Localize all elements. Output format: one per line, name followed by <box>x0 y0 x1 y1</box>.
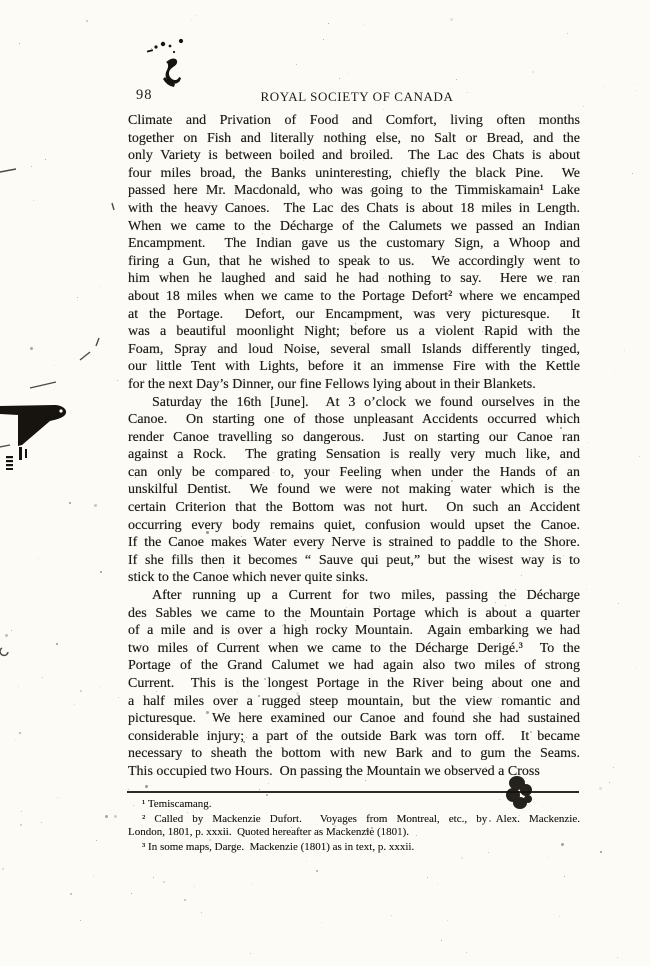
speck <box>56 643 58 645</box>
text-line: passed here Mr. Macdonald, who was going… <box>128 182 580 200</box>
ink-wedge-icon <box>0 405 66 470</box>
text-line: for the next Day’s Dinner, our fine Fell… <box>128 376 580 394</box>
speck <box>427 877 428 878</box>
speck <box>86 20 88 22</box>
footnote: ³ In some maps, Darge. Mackenzie (1801) … <box>128 841 580 854</box>
speck <box>18 686 19 687</box>
speck <box>383 109 384 110</box>
scanned-page: 98 ROYAL SOCIETY OF CANADA Climate and P… <box>0 0 650 966</box>
speck <box>600 851 602 853</box>
speck <box>635 668 636 669</box>
footnote-rule <box>127 791 579 793</box>
speck <box>94 504 97 507</box>
speck <box>96 840 97 841</box>
speck <box>41 822 42 823</box>
speck <box>614 373 615 374</box>
speck <box>150 785 151 786</box>
speck <box>11 630 12 631</box>
footnote: ² Called by Mackenzie Dufort. Voyages fr… <box>128 813 580 839</box>
footnote-line: ¹ Temiscamang. <box>128 798 580 811</box>
speck <box>114 815 117 818</box>
paragraph: Climate and Privation of Food and Comfor… <box>128 112 580 394</box>
footnote-line: London, 1801, p. xxxii. Quoted hereafter… <box>128 826 580 839</box>
speck <box>467 92 468 93</box>
text-line: render Canoe travelling so dangerous. Ju… <box>128 429 580 447</box>
text-line: about 18 miles when we came to the Porta… <box>128 288 580 306</box>
speck <box>613 767 614 768</box>
speck <box>268 783 269 784</box>
ink-scribble-icon <box>147 39 183 87</box>
speck <box>466 952 467 953</box>
paragraph: Saturday the 16th [June]. At 3 o’clock w… <box>128 394 580 588</box>
speck <box>266 794 268 796</box>
text-line: with the heavy Canoes. The Lac des Chats… <box>128 200 580 218</box>
speck <box>57 797 58 798</box>
speck <box>450 18 453 21</box>
speck <box>583 106 584 107</box>
text-line: Climate and Privation of Food and Comfor… <box>128 112 580 130</box>
speck <box>194 886 195 887</box>
speck <box>634 84 635 85</box>
speck <box>599 787 602 790</box>
speck <box>100 286 101 287</box>
page-title: ROYAL SOCIETY OF CANADA <box>260 89 453 105</box>
text-line: our little Tent with Lights, before it a… <box>128 358 580 376</box>
text-line: can only be compared to, your Feeling wh… <box>128 464 580 482</box>
text-line: Current. This is the longest Portage in … <box>128 675 580 693</box>
text-line: If the Canoe makes Water every Nerve is … <box>128 534 580 552</box>
speck <box>138 876 139 877</box>
speck <box>624 350 625 351</box>
text-line: a half miles over a rugged steep mountai… <box>128 693 580 711</box>
speck <box>118 697 119 698</box>
speck <box>128 789 129 790</box>
speck <box>323 39 324 40</box>
text-line: certain Criterion that the Bottom was no… <box>128 499 580 517</box>
speck <box>639 456 640 457</box>
text-line: If she fills then it becomes “ Sauve qui… <box>128 552 580 570</box>
speck <box>559 916 560 917</box>
text-line: considerable injury; a part of the outsi… <box>128 728 580 746</box>
text-line: at the Portage. Defort, our Encampment, … <box>128 306 580 324</box>
text-line: After running up a Current for two miles… <box>128 587 580 605</box>
speck <box>547 857 548 858</box>
speck <box>447 920 448 921</box>
speck <box>530 788 531 789</box>
speck <box>184 899 186 901</box>
speck <box>100 571 102 573</box>
speck <box>603 86 604 87</box>
speck <box>364 24 365 25</box>
speck <box>461 857 463 859</box>
speck <box>437 884 438 885</box>
footnote: ¹ Temiscamang. <box>128 798 580 811</box>
text-line: occurring every body remains quiet, conf… <box>128 517 580 535</box>
speck <box>19 732 21 734</box>
speck <box>328 23 329 24</box>
text-line: against a Rock. The grating Sensation is… <box>128 446 580 464</box>
speck <box>347 73 348 74</box>
body-text: Climate and Privation of Food and Comfor… <box>128 112 580 781</box>
text-line: unskilful Dentist. We found we were not … <box>128 481 580 499</box>
speck <box>586 589 587 590</box>
speck <box>31 166 32 167</box>
speck <box>5 634 8 637</box>
speck <box>250 953 251 954</box>
speck <box>151 48 152 49</box>
speck <box>339 78 340 79</box>
text-line: picturesque. We here examined our Canoe … <box>128 710 580 728</box>
text-line: was a beautiful moonlight Night; before … <box>128 323 580 341</box>
speck <box>306 861 307 862</box>
text-line: When we came to the Décharge of the Calu… <box>128 218 580 236</box>
speck <box>582 271 583 272</box>
text-line: firing a Gun, that he wished to speak to… <box>128 253 580 271</box>
text-line: necessary to sheath the bottom with new … <box>128 745 580 763</box>
speck <box>564 876 565 877</box>
speck <box>145 785 148 788</box>
speck <box>532 71 534 73</box>
speck <box>252 884 253 885</box>
speck <box>93 875 94 876</box>
speck <box>131 893 132 894</box>
speck <box>77 300 78 301</box>
text-line: Portage of the Grand Calumet we had agai… <box>128 657 580 675</box>
speck <box>191 19 192 20</box>
speck <box>7 410 10 413</box>
speck <box>99 687 100 688</box>
speck <box>456 79 457 80</box>
text-line: stick to the Canoe which never quite sin… <box>128 569 580 587</box>
speck <box>2 868 4 870</box>
speck <box>45 159 46 160</box>
speck <box>80 920 81 921</box>
speck <box>74 704 75 705</box>
speck <box>316 870 318 872</box>
speck <box>77 297 78 298</box>
footnote-line: ³ In some maps, Darge. Mackenzie (1801) … <box>128 841 580 854</box>
speck <box>587 442 588 443</box>
text-line: of a mile and is over a high rocky Mount… <box>128 622 580 640</box>
speck <box>117 380 118 381</box>
text-line: Foam, Spray and loud Noise, several smal… <box>128 341 580 359</box>
speck <box>618 603 619 604</box>
speck <box>19 43 20 44</box>
speck <box>321 922 322 923</box>
footnotes: ¹ Temiscamang.² Called by Mackenzie Dufo… <box>128 798 580 855</box>
margin-marks <box>0 169 114 655</box>
speck <box>201 912 202 913</box>
speck <box>54 365 55 366</box>
speck <box>80 690 82 692</box>
speck <box>153 877 154 878</box>
text-line: Canoe. On starting one of those unpleasa… <box>128 411 580 429</box>
speck <box>38 558 39 559</box>
text-line: only Variety is between boiled and broil… <box>128 147 580 165</box>
text-line: des Sables we came to the Mountain Porta… <box>128 605 580 623</box>
speck <box>21 811 22 812</box>
page-number: 98 <box>136 87 153 104</box>
speck <box>20 824 22 826</box>
speck <box>296 64 297 65</box>
speck <box>567 33 568 34</box>
paragraph: After running up a Current for two miles… <box>128 587 580 781</box>
speck <box>636 90 637 91</box>
speck <box>196 15 197 16</box>
speck <box>42 677 43 678</box>
speck <box>105 815 108 818</box>
speck <box>632 173 633 174</box>
text-line: together on Fish and literally nothing e… <box>128 130 580 148</box>
speck <box>609 782 610 783</box>
speck <box>30 347 33 350</box>
footnote-line: ² Called by Mackenzie Dufort. Voyages fr… <box>128 813 580 826</box>
speck <box>70 893 72 895</box>
text-line: two miles of Current when we came to the… <box>128 640 580 658</box>
speck <box>259 789 260 790</box>
text-line: This occupied two Hours. On passing the … <box>128 763 580 781</box>
speck <box>15 740 16 741</box>
speck <box>391 915 392 916</box>
text-line: him when he laughed and said he had noth… <box>128 270 580 288</box>
speck <box>69 502 71 504</box>
text-line: Encampment. The Indian gave us the custo… <box>128 235 580 253</box>
speck <box>33 200 34 201</box>
text-line: Saturday the 16th [June]. At 3 o’clock w… <box>128 394 580 412</box>
speck <box>163 881 165 883</box>
speck <box>617 957 618 958</box>
speck <box>441 940 442 941</box>
text-line: four miles broad, the Banks uninterestin… <box>128 165 580 183</box>
